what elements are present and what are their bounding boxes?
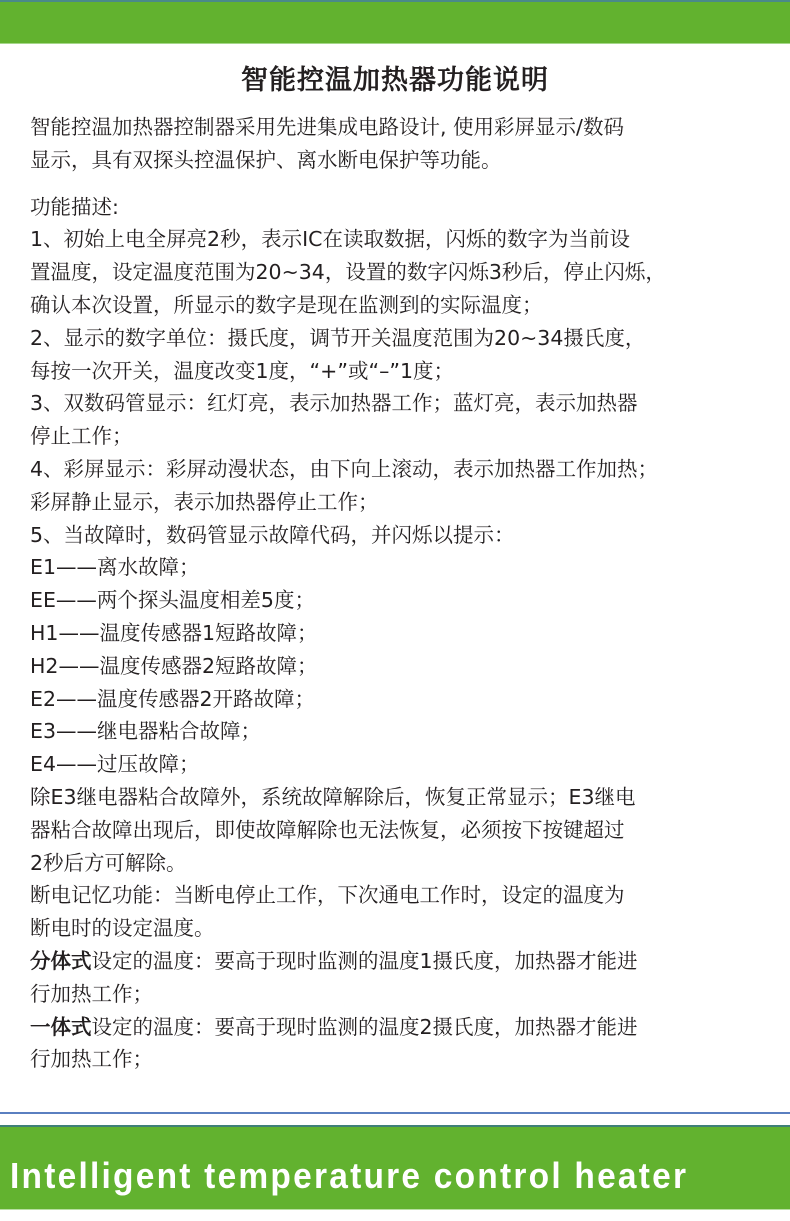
section-heading: 功能描述: — [30, 191, 770, 224]
fault-code-item: E1——离水故障； — [30, 551, 770, 584]
fault-separator: —— — [56, 719, 97, 743]
bottom-green-band: Intelligent temperature control heater — [0, 1125, 790, 1209]
fault-code: H2 — [30, 654, 58, 678]
split-type-line: 分体式设定的温度：要高于现时监测的温度1摄氏度，加热器才能进 — [30, 945, 770, 978]
function-line: 确认本次设置，所显示的数字是现在监测到的实际温度； — [30, 289, 770, 322]
fault-description: 过压故障； — [97, 752, 200, 776]
fault-description: 温度传感器2开路故障； — [97, 687, 315, 711]
note-line: 断电时的设定温度。 — [30, 912, 770, 945]
integrated-type-line: 一体式设定的温度：要高于现时监测的温度2摄氏度，加热器才能进 — [30, 1011, 770, 1044]
intro-line: 智能控温加热器控制器采用先进集成电路设计, 使用彩屏显示/数码 — [30, 111, 770, 144]
integrated-type-line: 行加热工作； — [30, 1043, 770, 1076]
spacer — [30, 177, 770, 191]
english-title: Intelligent temperature control heater — [10, 1155, 726, 1197]
fault-separator: —— — [56, 555, 97, 579]
fault-code-item: E4——过压故障； — [30, 748, 770, 781]
fault-separator: —— — [56, 752, 97, 776]
intro-line: 显示，具有双探头控温保护、离水断电保护等功能。 — [30, 144, 770, 177]
note-line: 除E3继电器粘合故障外，系统故障解除后，恢复正常显示；E3继电 — [30, 781, 770, 814]
split-type-text: 设定的温度：要高于现时监测的温度1摄氏度，加热器才能进 — [92, 949, 638, 973]
function-line: 置温度，设定温度范围为20~34，设置的数字闪烁3秒后，停止闪烁， — [30, 256, 770, 289]
fault-code: E2 — [30, 687, 56, 711]
fault-description: 离水故障； — [97, 555, 200, 579]
page-title: 智能控温加热器功能说明 — [0, 58, 790, 97]
fault-code: EE — [30, 588, 56, 612]
fault-code: E1 — [30, 555, 56, 579]
function-line: 每按一次开关，温度改变1度，“+”或“–”1度； — [30, 355, 770, 388]
function-line: 彩屏静止显示，表示加热器停止工作； — [30, 486, 770, 519]
note-line: 器粘合故障出现后，即使故障解除也无法恢复，必须按下按键超过 — [30, 814, 770, 847]
function-line: 停止工作； — [30, 420, 770, 453]
fault-separator: —— — [56, 687, 97, 711]
fault-separator: —— — [56, 588, 97, 612]
fault-separator: —— — [58, 621, 99, 645]
fault-description: 继电器粘合故障； — [97, 719, 261, 743]
fault-code: E3 — [30, 719, 56, 743]
divider-line — [0, 1112, 790, 1114]
fault-code-item: H1——温度传感器1短路故障； — [30, 617, 770, 650]
fault-code-item: EE——两个探头温度相差5度； — [30, 584, 770, 617]
integrated-type-text: 设定的温度：要高于现时监测的温度2摄氏度，加热器才能进 — [92, 1015, 638, 1039]
note-line: 断电记忆功能：当断电停止工作，下次通电工作时，设定的温度为 — [30, 879, 770, 912]
note-line: 2秒后方可解除。 — [30, 847, 770, 880]
split-type-label: 分体式 — [30, 949, 92, 973]
fault-description: 温度传感器1短路故障； — [99, 621, 317, 645]
split-type-line: 行加热工作； — [30, 978, 770, 1011]
top-green-band — [0, 0, 790, 43]
function-line: 1、初始上电全屏亮2秒，表示IC在读取数据，闪烁的数字为当前设 — [30, 223, 770, 256]
fault-separator: —— — [58, 654, 99, 678]
instructions-body: 智能控温加热器控制器采用先进集成电路设计, 使用彩屏显示/数码 显示，具有双探头… — [30, 111, 770, 1076]
function-line: 5、当故障时，数码管显示故障代码，并闪烁以提示： — [30, 519, 770, 552]
fault-code-item: E3——继电器粘合故障； — [30, 715, 770, 748]
fault-code-item: H2——温度传感器2短路故障； — [30, 650, 770, 683]
fault-description: 两个探头温度相差5度； — [97, 588, 315, 612]
function-line: 2、显示的数字单位：摄氏度，调节开关温度范围为20~34摄氏度， — [30, 322, 770, 355]
integrated-type-label: 一体式 — [30, 1015, 92, 1039]
fault-code: E4 — [30, 752, 56, 776]
fault-code-item: E2——温度传感器2开路故障； — [30, 683, 770, 716]
fault-code: H1 — [30, 621, 58, 645]
function-line: 3、双数码管显示：红灯亮，表示加热器工作；蓝灯亮，表示加热器 — [30, 387, 770, 420]
fault-description: 温度传感器2短路故障； — [99, 654, 317, 678]
function-line: 4、彩屏显示：彩屏动漫状态，由下向上滚动，表示加热器工作加热； — [30, 453, 770, 486]
